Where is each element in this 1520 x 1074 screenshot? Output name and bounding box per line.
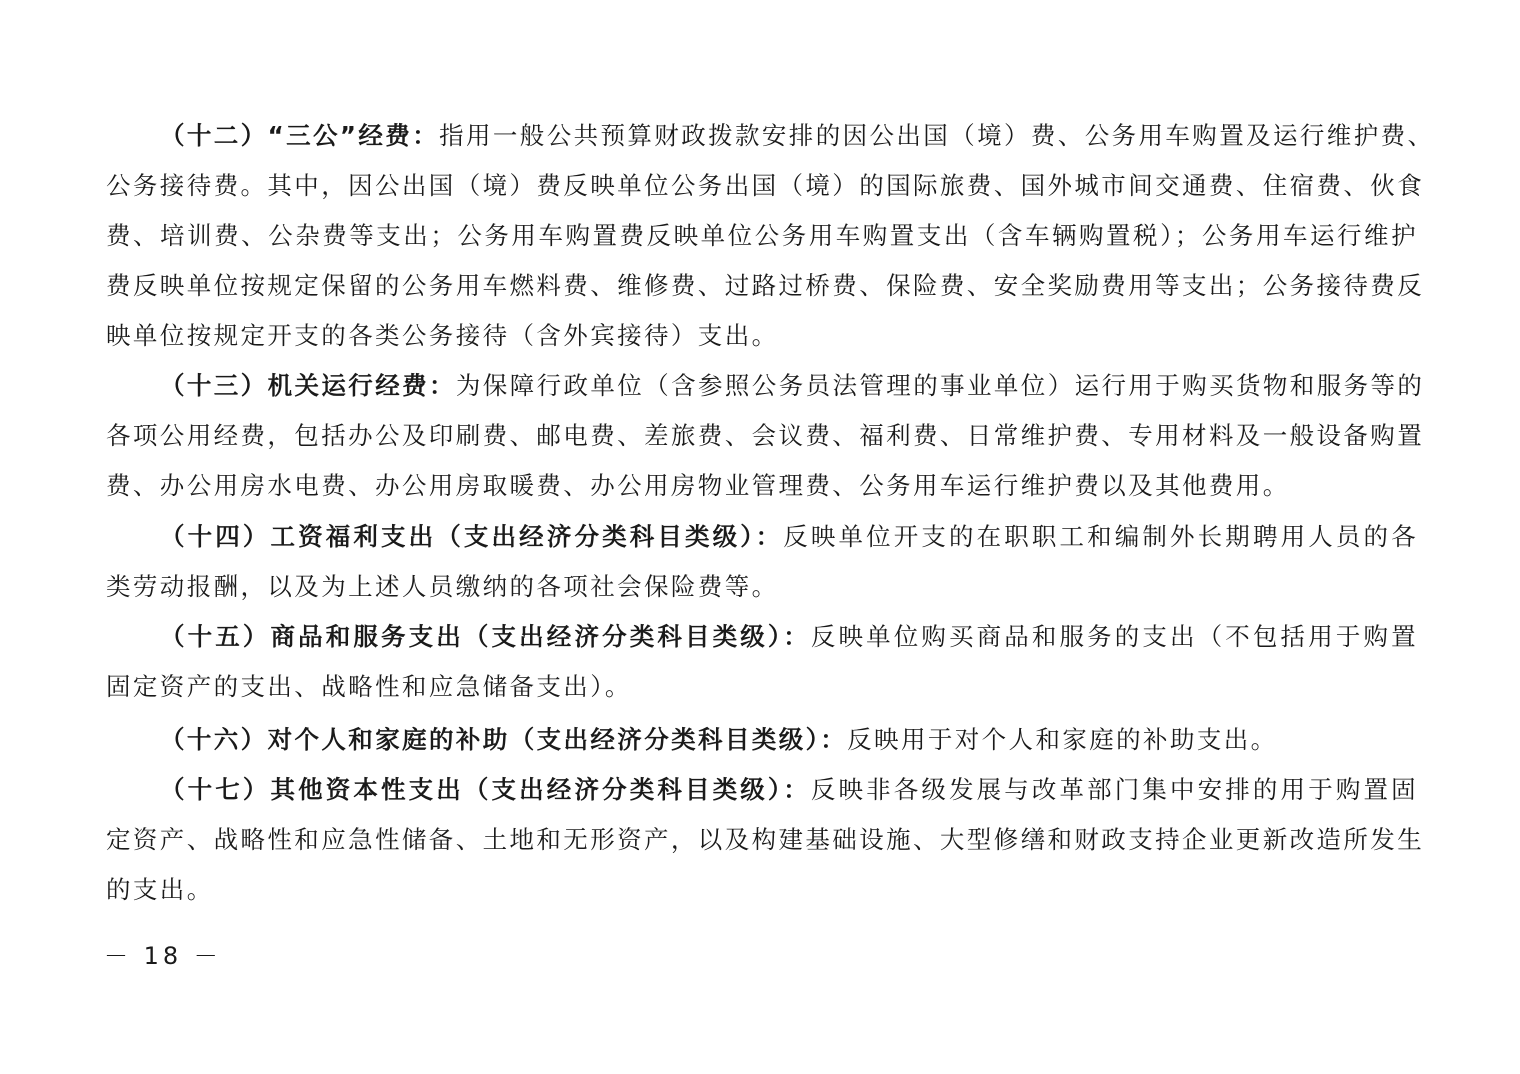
section-17-text: 反映非各级发展与改革部门集中安排的用于购置固: [811, 775, 1418, 804]
section-12-line-3: 费、培训费、公杂费等支出；公务用车购置费反映单位公务用车购置支出（含车辆购置税）…: [106, 216, 1418, 256]
section-17-line-1: （十七）其他资本性支出（支出经济分类科目类级）：反映非各级发展与改革部门集中安排…: [160, 770, 1418, 810]
section-12-text: 指用一般公共预算财政拨款安排的因公出国（境）费、公务用车购置及运行维护费、: [439, 121, 1434, 150]
section-13-line-1: （十三）机关运行经费：为保障行政单位（含参照公务员法管理的事业单位）运行用于购买…: [160, 366, 1418, 406]
section-12-heading: （十二）“三公”经费：: [160, 121, 439, 150]
section-14-text: 反映单位开支的在职职工和编制外长期聘用人员的各: [783, 522, 1418, 551]
page-number: － 18 －: [104, 936, 222, 976]
section-17-line-3: 的支出。: [106, 870, 1418, 910]
section-14-line-2: 类劳动报酬，以及为上述人员缴纳的各项社会保险费等。: [106, 567, 1418, 607]
section-13-heading: （十三）机关运行经费：: [160, 371, 456, 400]
section-17-line-2: 定资产、战略性和应急性储备、土地和无形资产，以及构建基础设施、大型修缮和财政支持…: [106, 820, 1418, 860]
section-12-line-1: （十二）“三公”经费：指用一般公共预算财政拨款安排的因公出国（境）费、公务用车购…: [160, 116, 1418, 156]
section-15-line-1: （十五）商品和服务支出（支出经济分类科目类级）：反映单位购买商品和服务的支出（不…: [160, 617, 1418, 657]
section-12-line-5: 映单位按规定开支的各类公务接待（含外宾接待）支出。: [106, 316, 1418, 356]
section-15-line-2: 固定资产的支出、战略性和应急储备支出）。: [106, 667, 1418, 707]
section-14-line-1: （十四）工资福利支出（支出经济分类科目类级）：反映单位开支的在职职工和编制外长期…: [160, 517, 1418, 557]
section-15-text: 反映单位购买商品和服务的支出（不包括用于购置: [811, 622, 1418, 651]
section-14-heading: （十四）工资福利支出（支出经济分类科目类级）：: [160, 522, 783, 551]
section-13-text: 为保障行政单位（含参照公务员法管理的事业单位）运行用于购买货物和服务等的: [456, 371, 1424, 400]
document-page: （十二）“三公”经费：指用一般公共预算财政拨款安排的因公出国（境）费、公务用车购…: [0, 0, 1520, 1074]
section-16-text: 反映用于对个人和家庭的补助支出。: [847, 725, 1277, 754]
section-15-heading: （十五）商品和服务支出（支出经济分类科目类级）：: [160, 622, 811, 651]
section-13-line-2: 各项公用经费，包括办公及印刷费、邮电费、差旅费、会议费、福利费、日常维护费、专用…: [106, 416, 1418, 456]
section-12-line-2: 公务接待费。其中，因公出国（境）费反映单位公务出国（境）的国际旅费、国外城市间交…: [106, 166, 1418, 206]
section-12-line-4: 费反映单位按规定保留的公务用车燃料费、维修费、过路过桥费、保险费、安全奖励费用等…: [106, 266, 1418, 306]
section-16-line-1: （十六）对个人和家庭的补助（支出经济分类科目类级）：反映用于对个人和家庭的补助支…: [160, 720, 1418, 760]
section-17-heading: （十七）其他资本性支出（支出经济分类科目类级）：: [160, 775, 811, 804]
section-13-line-3: 费、办公用房水电费、办公用房取暖费、办公用房物业管理费、公务用车运行维护费以及其…: [106, 466, 1418, 506]
section-16-heading: （十六）对个人和家庭的补助（支出经济分类科目类级）：: [160, 725, 847, 754]
